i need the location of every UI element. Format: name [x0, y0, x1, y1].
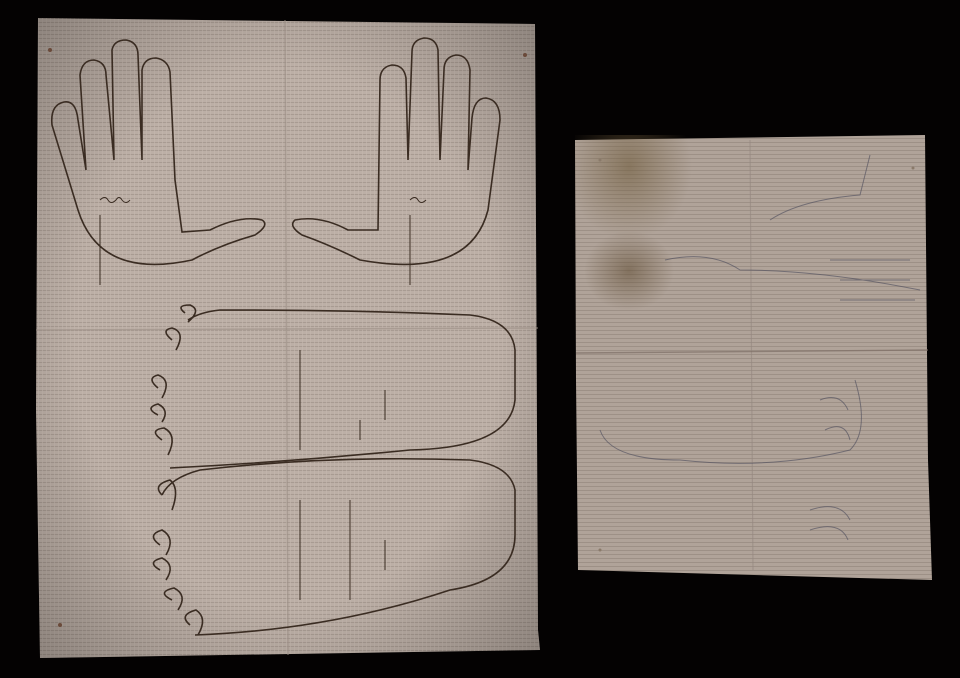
- large-cloth: [30, 10, 545, 670]
- photo-scene: [0, 0, 960, 678]
- small-cloth: [570, 130, 935, 585]
